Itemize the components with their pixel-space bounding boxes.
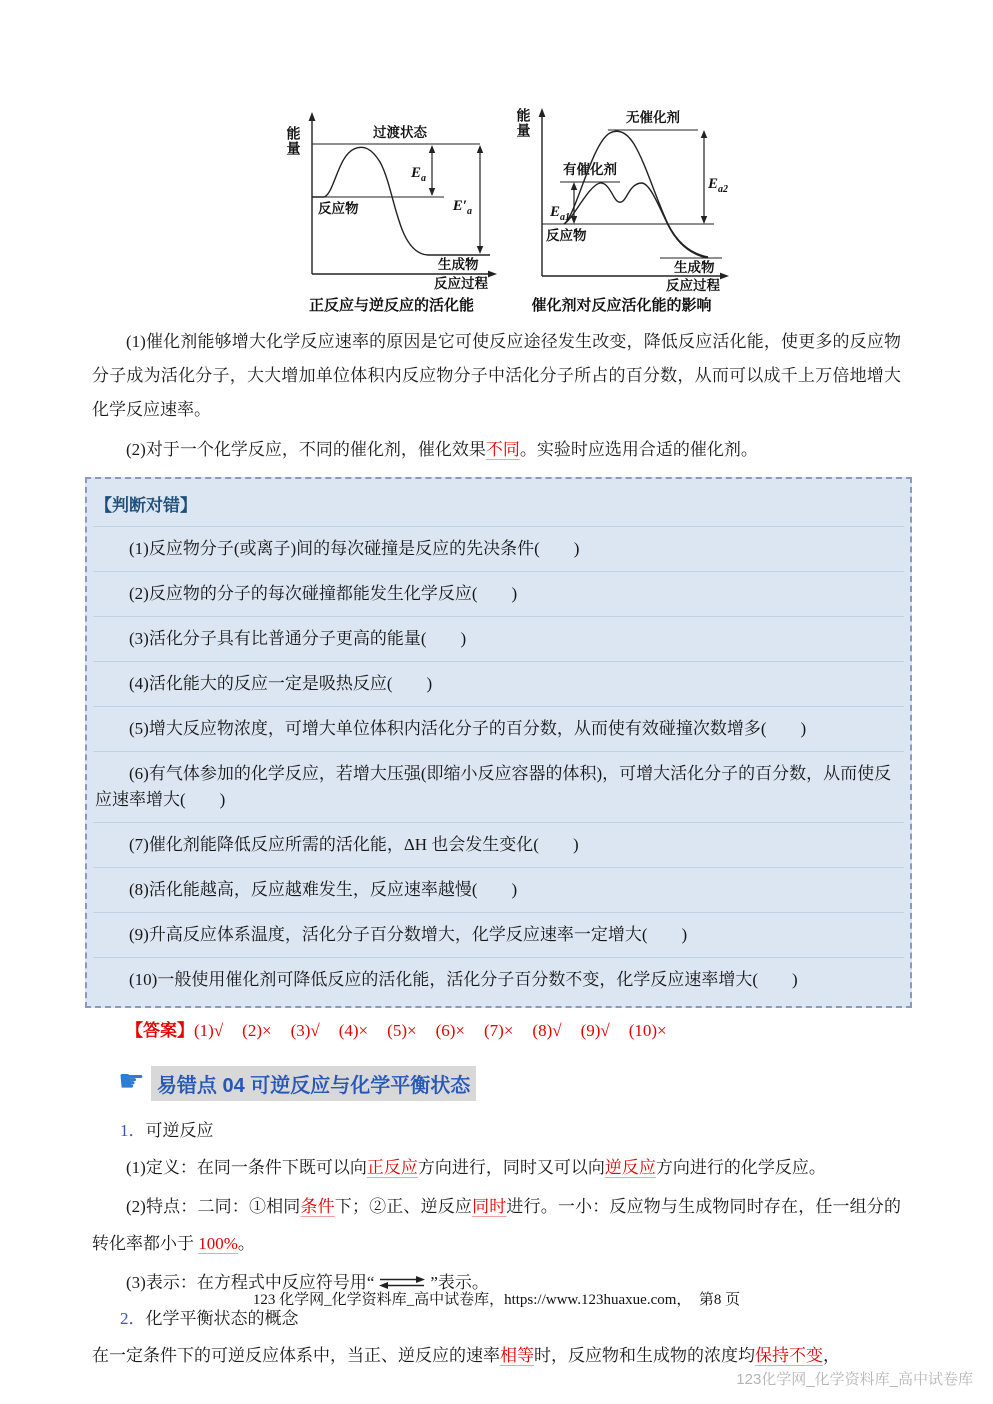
concept-highlight-equal: 相等	[500, 1346, 534, 1365]
subsection-1-reversible-reaction: 1．可逆反应	[120, 1115, 901, 1147]
def-highlight-reverse: 逆反应	[605, 1158, 656, 1177]
right-diagram-caption: 催化剂对反应活化能的影响	[508, 294, 736, 315]
ea-prime-label: E′a	[451, 198, 471, 217]
ea2-label: Ea2	[707, 176, 728, 195]
judge-item: (2)反应物的分子的每次碰撞都能发生化学反应( )	[93, 571, 904, 616]
right-x-axis-label: 反应过程	[666, 277, 720, 292]
ea1-label: Ea1	[548, 204, 569, 223]
judge-true-false-box: 【判断对错】 (1)反应物分子(或离子)间的每次碰撞是反应的先决条件( )(2)…	[85, 477, 912, 1008]
answer-item: (10)×	[629, 1021, 667, 1040]
feat-highlight-simultaneous: 同时	[472, 1197, 506, 1216]
subsection-number: 1．	[120, 1121, 146, 1140]
subsection-title: 可逆反应	[146, 1121, 214, 1140]
site-watermark: 123化学网_化学资料库_高中试卷库	[736, 1368, 973, 1389]
answer-item: (7)×	[484, 1021, 513, 1040]
judge-item: (6)有气体参加的化学反应，若增大压强(即缩小反应容器的体积)，可增大活化分子的…	[93, 751, 904, 822]
product-label: 生成物	[674, 259, 715, 275]
pointing-hand-icon: ☛	[118, 1068, 145, 1096]
features-line: (2)特点：二同：①相同条件下；②正、逆反应同时进行。一小：反应物与生成物同时存…	[92, 1188, 901, 1262]
answer-item: (1)√	[194, 1021, 223, 1040]
left-energy-diagram-svg: 过渡状态 反应物 Ea E′a 生成物 反应过程	[282, 104, 502, 292]
answer-item: (8)√	[532, 1021, 561, 1040]
answer-item: (2)×	[242, 1021, 271, 1040]
def-text: (1)定义：在同一条件下既可以向	[126, 1158, 367, 1177]
def-text: 方向进行的化学反应。	[656, 1158, 826, 1177]
judge-item: (9)升高反应体系温度，活化分子百分数增大，化学反应速率一定增大( )	[93, 912, 904, 957]
judge-item: (7)催化剂能降低反应所需的活化能，ΔH 也会发生变化( )	[93, 822, 904, 867]
reactant-label: 反应物	[318, 200, 359, 216]
right-energy-diagram-svg: 无催化剂 有催化剂 反应物 Ea1	[508, 104, 736, 292]
feat-highlight-condition: 条件	[300, 1197, 334, 1216]
concept-text: 在一定条件下的可逆反应体系中，当正、逆反应的速率	[92, 1346, 500, 1365]
answer-item: (4)×	[339, 1021, 368, 1040]
product-label: 生成物	[438, 256, 479, 272]
answer-item: (3)√	[291, 1021, 320, 1040]
judge-item: (10)一般使用催化剂可降低反应的活化能，活化分子百分数不变，化学反应速率增大(…	[93, 957, 904, 1002]
equilibrium-arrows-icon	[376, 1275, 428, 1289]
right-y-axis-label: 能量	[514, 108, 534, 138]
def-highlight-forward: 正反应	[367, 1158, 418, 1177]
judge-item-list: (1)反应物分子(或离子)间的每次碰撞是反应的先决条件( )(2)反应物的分子的…	[93, 527, 904, 1002]
answer-item-list: (1)√(2)×(3)√(4)×(5)×(6)×(7)×(8)√(9)√(10)…	[194, 1021, 686, 1040]
answer-line: 【答案】(1)√(2)×(3)√(4)×(5)×(6)×(7)×(8)√(9)√…	[92, 1016, 901, 1046]
judge-item: (3)活化分子具有比普通分子更高的能量( )	[93, 616, 904, 661]
def-text: 方向进行，同时又可以向	[418, 1158, 605, 1177]
judge-box-title: 【判断对错】	[93, 481, 904, 527]
p2-highlight: 不同	[486, 440, 520, 459]
feat-text: 。	[238, 1234, 255, 1253]
diagram-forward-reverse-activation-energy: 能量 过渡状态 反应物 Ea	[282, 104, 502, 315]
left-y-axis-label: 能量	[284, 126, 304, 156]
judge-item: (4)活化能大的反应一定是吸热反应( )	[93, 661, 904, 706]
judge-item: (8)活化能越高，反应越难发生，反应速率越慢( )	[93, 867, 904, 912]
section-title: 易错点 04 可逆反应与化学平衡状态	[151, 1066, 476, 1101]
answer-item: (6)×	[436, 1021, 465, 1040]
answer-item: (5)×	[387, 1021, 416, 1040]
answer-item: (9)√	[581, 1021, 610, 1040]
feat-highlight-100-percent: 100%	[198, 1234, 238, 1253]
paragraph-catalyst-choice: (2)对于一个化学反应，不同的催化剂，催化效果不同。实验时应选用合适的催化剂。	[92, 433, 901, 467]
paragraph-catalyst-reason: (1)催化剂能够增大化学反应速率的原因是它可使反应途径发生改变，降低反应活化能，…	[92, 325, 901, 427]
p2-text: (2)对于一个化学反应，不同的催化剂，催化效果	[126, 440, 486, 459]
subsection-title: 化学平衡状态的概念	[146, 1309, 299, 1328]
transition-state-label: 过渡状态	[373, 124, 427, 140]
subsection-number: 2．	[120, 1309, 146, 1328]
judge-item: (1)反应物分子(或离子)间的每次碰撞是反应的先决条件( )	[93, 527, 904, 571]
feat-text: 下；②正、逆反应	[335, 1197, 472, 1216]
reactant-label: 反应物	[546, 227, 587, 243]
answer-label: 【答案】	[126, 1021, 194, 1040]
left-diagram-caption: 正反应与逆反应的活化能	[282, 294, 502, 315]
concept-text: ，	[823, 1346, 840, 1365]
ea-label: Ea	[409, 165, 425, 184]
feat-text: (2)特点：二同：①相同	[126, 1197, 300, 1216]
left-x-axis-label: 反应过程	[434, 275, 488, 291]
no-catalyst-label: 无催化剂	[626, 109, 680, 125]
page-footer: 123 化学网_化学资料库_高中试卷库，https://www.123huaxu…	[0, 1288, 993, 1309]
definition-line: (1)定义：在同一条件下既可以向正反应方向进行，同时又可以向逆反应方向进行的化学…	[92, 1149, 901, 1186]
p2-text: 。实验时应选用合适的催化剂。	[520, 440, 758, 459]
concept-highlight-unchanged: 保持不变	[755, 1346, 823, 1365]
document-page: 能量 过渡状态 反应物 Ea	[0, 0, 993, 1404]
energy-diagrams: 能量 过渡状态 反应物 Ea	[24, 0, 993, 315]
section-header-error-point-04: ☛ 易错点 04 可逆反应与化学平衡状态	[118, 1066, 901, 1101]
diagram-catalyst-effect: 能量 无催化剂 有催化剂 反应物	[508, 104, 736, 315]
concept-text: 时，反应物和生成物的浓度均	[534, 1346, 755, 1365]
judge-item: (5)增大反应物浓度，可增大单位体积内活化分子的百分数，从而使有效碰撞次数增多(…	[93, 706, 904, 751]
